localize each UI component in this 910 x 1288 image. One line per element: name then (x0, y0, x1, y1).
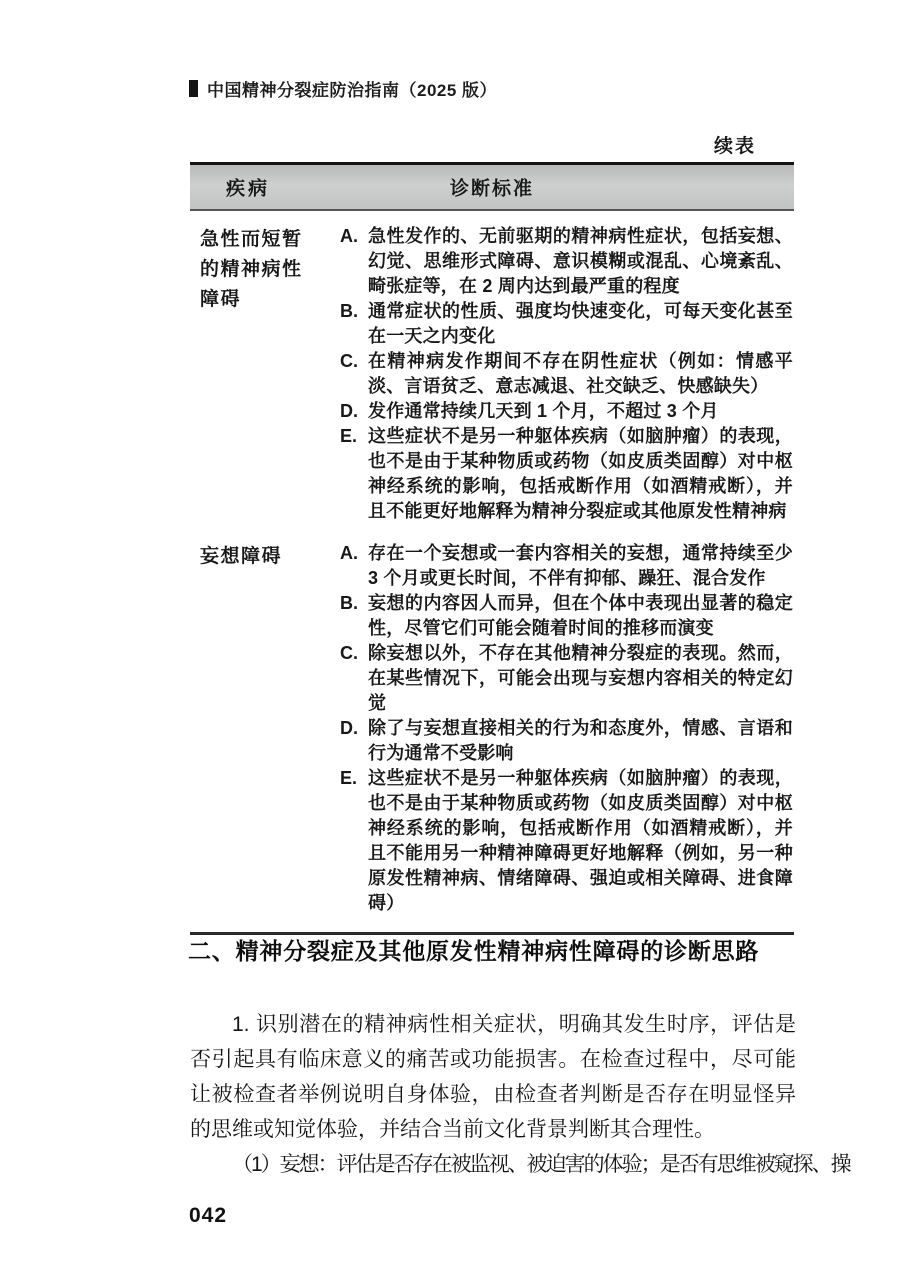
criteria-item: C. 除妄想以外，不存在其他精神分裂症的表现。然而，在某些情况下，可能会出现与妄… (340, 641, 793, 716)
criteria-item: C. 在精神病发作期间不存在阴性症状（例如：情感平淡、言语贫乏、意志减退、社交缺… (340, 349, 793, 399)
page-number: 042 (189, 1204, 227, 1228)
criteria-item: E. 这些症状不是另一种躯体疾病（如脑肿瘤）的表现，也不是由于某种物质或药物（如… (340, 424, 793, 524)
column-header-criteria: 诊断标准 (190, 174, 794, 201)
disease-name: 妄想障碍 (200, 542, 308, 572)
table-row-acute-transient-psychotic-disorder: 急性而短暂的精神病性障碍 A. 急性发作的、无前驱期的精神病性症状，包括妄想、幻… (190, 224, 794, 524)
section-body: 1. 识别潜在的精神病性相关症状，明确其发生时序，评估是否引起具有临床意义的痛苦… (190, 1007, 796, 1182)
criteria-letter: A. (340, 541, 368, 591)
criteria-letter: A. (340, 224, 368, 299)
criteria-letter: B. (340, 299, 368, 349)
disease-name: 急性而短暂的精神病性障碍 (200, 225, 308, 315)
criteria-letter: B. (340, 591, 368, 641)
book-title: 中国精神分裂症防治指南（2025 版） (207, 76, 497, 101)
criteria-letter: D. (340, 399, 368, 424)
criteria-text: 这些症状不是另一种躯体疾病（如脑肿瘤）的表现，也不是由于某种物质或药物（如皮质类… (368, 424, 793, 524)
criteria-item: B. 通常症状的性质、强度均快速变化，可每天变化甚至在一天之内变化 (340, 299, 793, 349)
disease-name-cell: 妄想障碍 (190, 541, 340, 916)
criteria-text: 妄想的内容因人而异，但在个体中表现出显著的稳定性，尽管它们可能会随着时间的推移而… (368, 591, 793, 641)
paragraph: 1. 识别潜在的精神病性相关症状，明确其发生时序，评估是否引起具有临床意义的痛苦… (190, 1007, 796, 1147)
table-header-row: 疾病 诊断标准 (190, 162, 794, 211)
book-page: 中国精神分裂症防治指南（2025 版） 续表 疾病 诊断标准 急性而短暂的精神病… (0, 0, 910, 1288)
diagnosis-criteria-table: 疾病 诊断标准 急性而短暂的精神病性障碍 A. 急性发作的、无前驱期的精神病性症… (190, 162, 794, 935)
criteria-letter: E. (340, 424, 368, 524)
criteria-text: 通常症状的性质、强度均快速变化，可每天变化甚至在一天之内变化 (368, 299, 793, 349)
criteria-letter: C. (340, 641, 368, 716)
criteria-item: A. 存在一个妄想或一套内容相关的妄想，通常持续至少 3 个月或更长时间，不伴有… (340, 541, 793, 591)
criteria-item: E. 这些症状不是另一种躯体疾病（如脑肿瘤）的表现，也不是由于某种物质或药物（如… (340, 766, 793, 916)
criteria-text: 除了与妄想直接相关的行为和态度外，情感、言语和行为通常不受影响 (368, 716, 793, 766)
criteria-item: D. 除了与妄想直接相关的行为和态度外，情感、言语和行为通常不受影响 (340, 716, 793, 766)
header-block-icon (189, 80, 198, 97)
criteria-letter: E. (340, 766, 368, 916)
continued-table-label: 续表 (714, 131, 756, 158)
criteria-letter: D. (340, 716, 368, 766)
criteria-text: 急性发作的、无前驱期的精神病性症状，包括妄想、幻觉、思维形式障碍、意识模糊或混乱… (368, 224, 793, 299)
disease-name-cell: 急性而短暂的精神病性障碍 (190, 224, 340, 524)
running-header: 中国精神分裂症防治指南（2025 版） (189, 76, 497, 101)
section-heading: 二、精神分裂症及其他原发性精神病性障碍的诊断思路 (188, 933, 759, 966)
table-row-delusional-disorder: 妄想障碍 A. 存在一个妄想或一套内容相关的妄想，通常持续至少 3 个月或更长时… (190, 541, 794, 916)
criteria-item: B. 妄想的内容因人而异，但在个体中表现出显著的稳定性，尽管它们可能会随着时间的… (340, 591, 793, 641)
criteria-item: A. 急性发作的、无前驱期的精神病性症状，包括妄想、幻觉、思维形式障碍、意识模糊… (340, 224, 793, 299)
paragraph: （1）妄想：评估是否存在被监视、被迫害的体验；是否有思维被窥探、操 (190, 1147, 796, 1182)
criteria-cell: A. 急性发作的、无前驱期的精神病性症状，包括妄想、幻觉、思维形式障碍、意识模糊… (340, 224, 794, 524)
criteria-text: 发作通常持续几天到 1 个月，不超过 3 个月 (368, 399, 793, 424)
criteria-text: 在精神病发作期间不存在阴性症状（例如：情感平淡、言语贫乏、意志减退、社交缺乏、快… (368, 349, 793, 399)
criteria-text: 这些症状不是另一种躯体疾病（如脑肿瘤）的表现，也不是由于某种物质或药物（如皮质类… (368, 766, 793, 916)
criteria-letter: C. (340, 349, 368, 399)
criteria-cell: A. 存在一个妄想或一套内容相关的妄想，通常持续至少 3 个月或更长时间，不伴有… (340, 541, 794, 916)
criteria-text: 存在一个妄想或一套内容相关的妄想，通常持续至少 3 个月或更长时间，不伴有抑郁、… (368, 541, 793, 591)
table-body: 急性而短暂的精神病性障碍 A. 急性发作的、无前驱期的精神病性症状，包括妄想、幻… (190, 211, 794, 932)
criteria-text: 除妄想以外，不存在其他精神分裂症的表现。然而，在某些情况下，可能会出现与妄想内容… (368, 641, 793, 716)
criteria-item: D. 发作通常持续几天到 1 个月，不超过 3 个月 (340, 399, 793, 424)
